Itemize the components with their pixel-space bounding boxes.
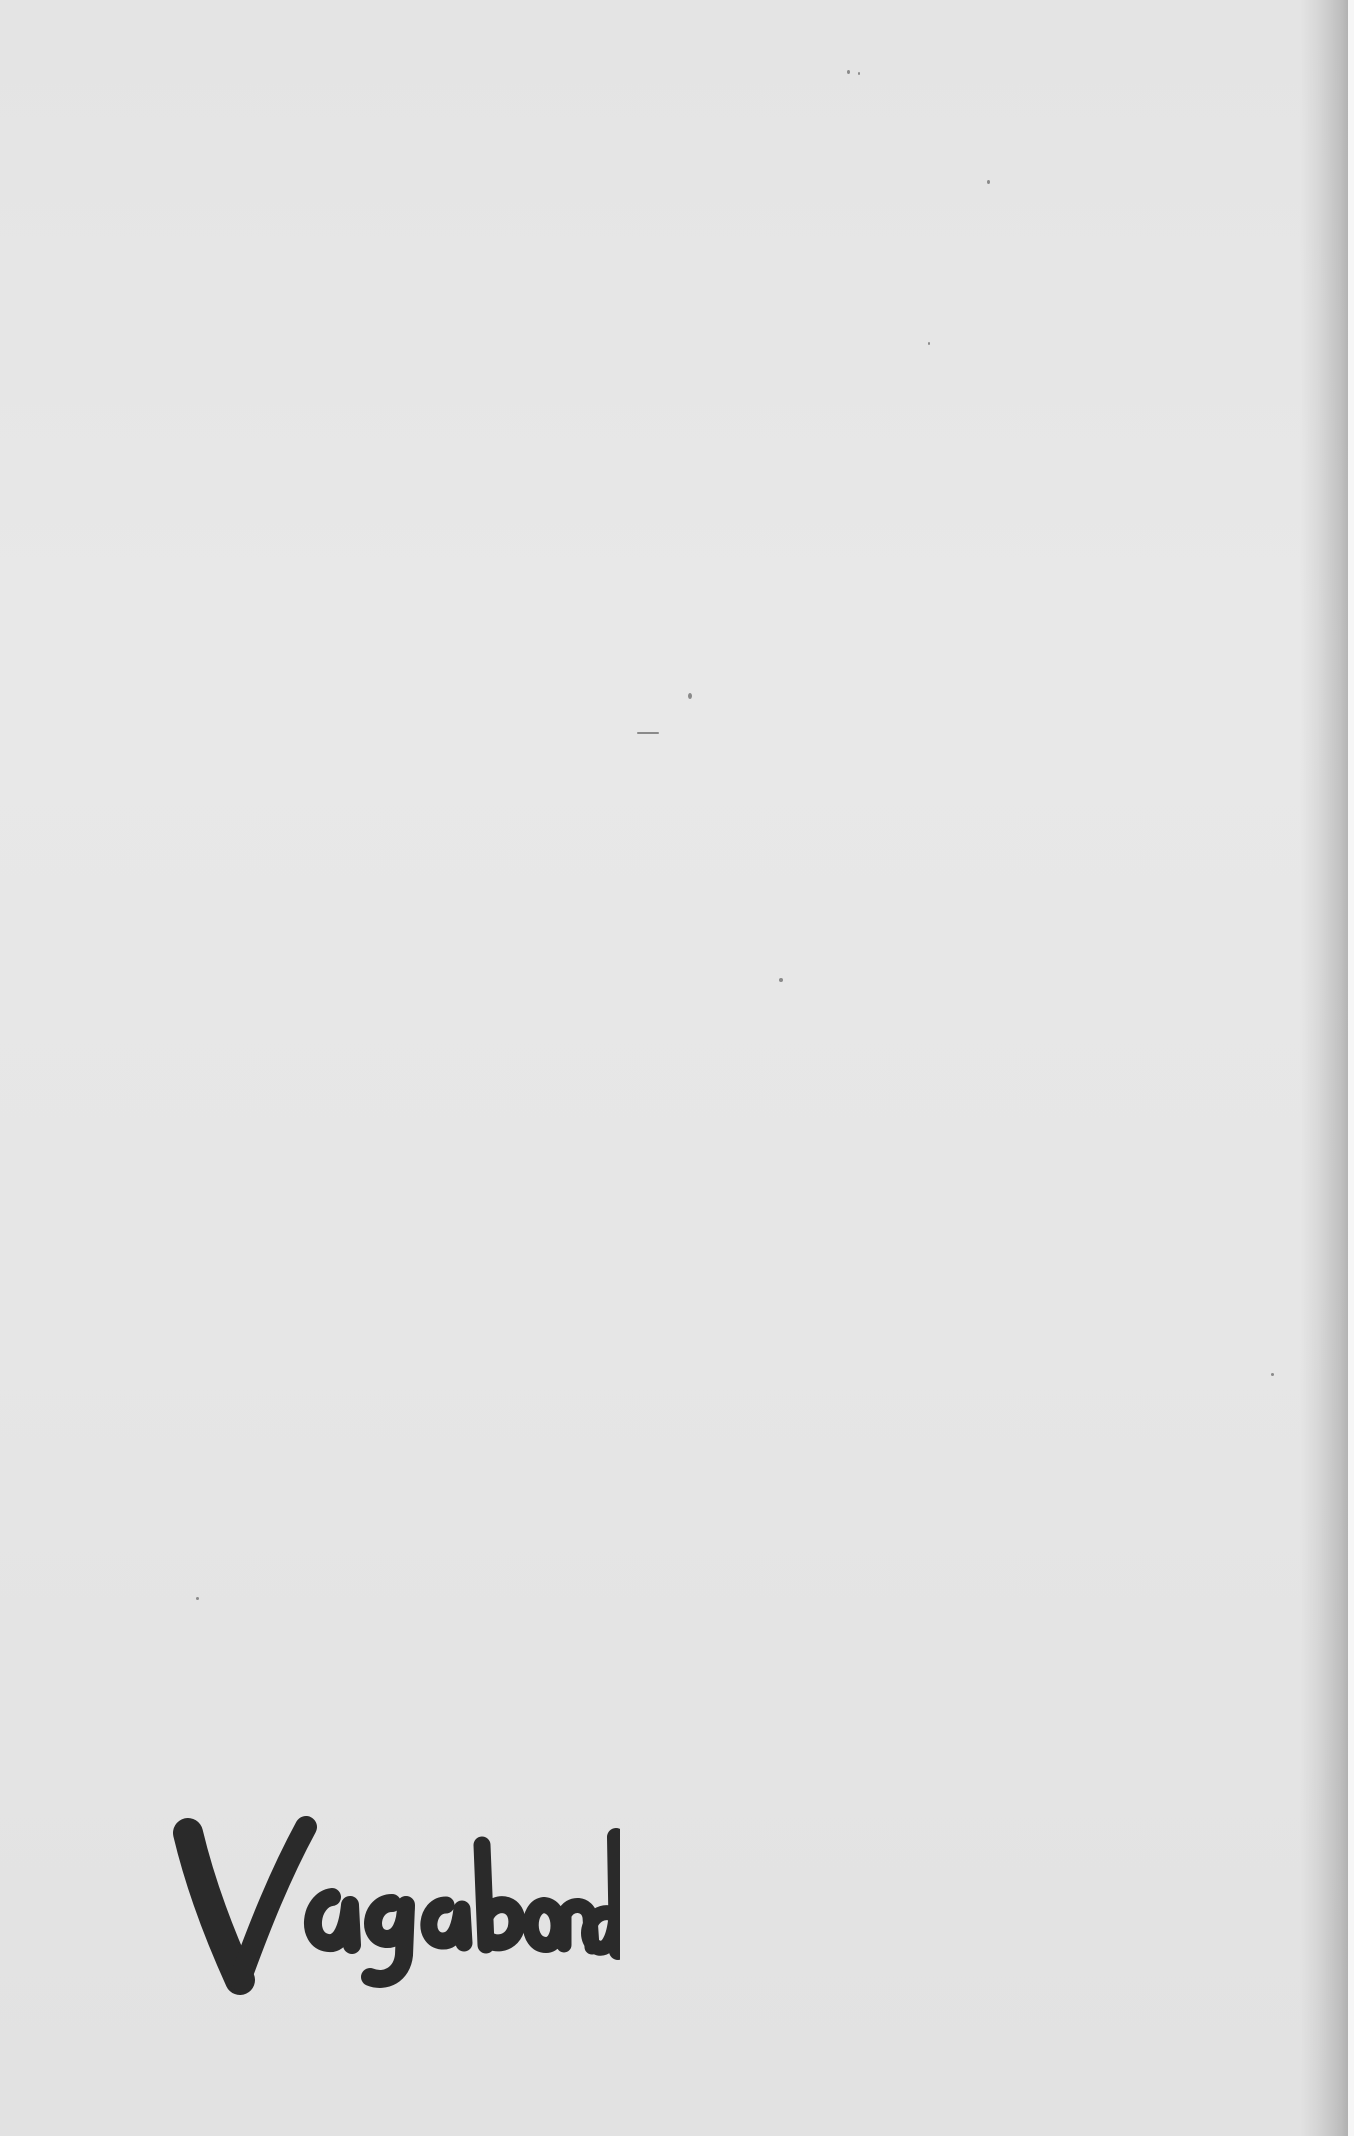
paper-speck — [987, 180, 990, 184]
paper-speck — [637, 732, 659, 734]
paper-speck — [196, 1597, 199, 1600]
paper-speck — [928, 342, 930, 345]
paper-speck — [1271, 1373, 1274, 1376]
brush-logo-icon — [160, 1805, 620, 2005]
vagabond-logo: Vagabond — [160, 1805, 620, 2005]
scanned-page: Vagabond — [0, 0, 1348, 2136]
paper-speck — [858, 72, 860, 75]
paper-speck — [688, 693, 692, 699]
paper-speck — [779, 978, 783, 982]
page-edge — [1348, 0, 1354, 2136]
paper-speck — [847, 70, 850, 74]
